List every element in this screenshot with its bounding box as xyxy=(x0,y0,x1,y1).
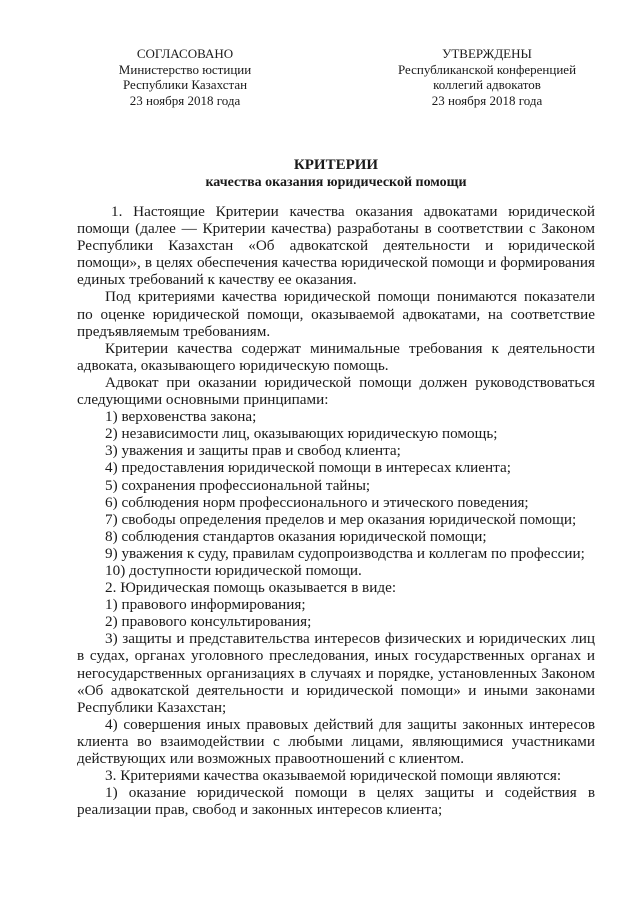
approved-conference: Республиканской конференцией xyxy=(392,62,582,78)
form-item: 3) защиты и представительства интересов … xyxy=(77,630,595,715)
principle-item: 3) уважения и защиты прав и свобод клиен… xyxy=(77,442,595,459)
agreed-ministry: Министерство юстиции xyxy=(100,62,270,78)
paragraph-principles-intro: Адвокат при оказании юридической помощи … xyxy=(77,374,595,408)
form-item: 4) совершения иных правовых действий для… xyxy=(77,716,595,767)
form-item: 1) правового информирования; xyxy=(77,596,595,613)
approved-bar-associations: коллегий адвокатов xyxy=(392,77,582,93)
approval-header: СОГЛАСОВАНО Министерство юстиции Республ… xyxy=(0,46,640,116)
approved-block: УТВЕРЖДЕНЫ Республиканской конференцией … xyxy=(392,46,582,108)
principle-item: 7) свободы определения пределов и мер ок… xyxy=(77,511,595,528)
criteria-item: 1) оказание юридической помощи в целях з… xyxy=(77,784,595,818)
approved-heading: УТВЕРЖДЕНЫ xyxy=(392,46,582,62)
principle-item: 9) уважения к суду, правилам судопроизво… xyxy=(77,545,595,562)
principle-item: 10) доступности юридической помощи. xyxy=(77,562,595,579)
principle-item: 2) независимости лиц, оказывающих юридич… xyxy=(77,425,595,442)
paragraph-definition: Под критериями качества юридической помо… xyxy=(77,288,595,339)
paragraph-requirements: Критерии качества содержат минимальные т… xyxy=(77,340,595,374)
agreed-date: 23 ноября 2018 года xyxy=(100,93,270,109)
paragraph-2: 2. Юридическая помощь оказывается в виде… xyxy=(77,579,595,596)
principle-item: 4) предоставления юридической помощи в и… xyxy=(77,459,595,476)
paragraph-1: 1. Настоящие Критерии качества оказания … xyxy=(77,203,595,288)
agreed-block: СОГЛАСОВАНО Министерство юстиции Республ… xyxy=(100,46,270,108)
principle-item: 1) верховенства закона; xyxy=(77,408,595,425)
approved-date: 23 ноября 2018 года xyxy=(392,93,582,109)
document-body: 1. Настоящие Критерии качества оказания … xyxy=(77,203,595,818)
agreed-country: Республики Казахстан xyxy=(100,77,270,93)
principle-item: 8) соблюдения стандартов оказания юридич… xyxy=(77,528,595,545)
paragraph-3: 3. Критериями качества оказываемой юриди… xyxy=(77,767,595,784)
document-title: КРИТЕРИИ качества оказания юридической п… xyxy=(77,156,595,192)
principle-item: 6) соблюдения норм профессионального и э… xyxy=(77,494,595,511)
form-item: 2) правового консультирования; xyxy=(77,613,595,630)
agreed-heading: СОГЛАСОВАНО xyxy=(100,46,270,62)
principle-item: 5) сохранения профессиональной тайны; xyxy=(77,477,595,494)
title-main: КРИТЕРИИ xyxy=(77,156,595,174)
title-subtitle: качества оказания юридической помощи xyxy=(77,174,595,192)
